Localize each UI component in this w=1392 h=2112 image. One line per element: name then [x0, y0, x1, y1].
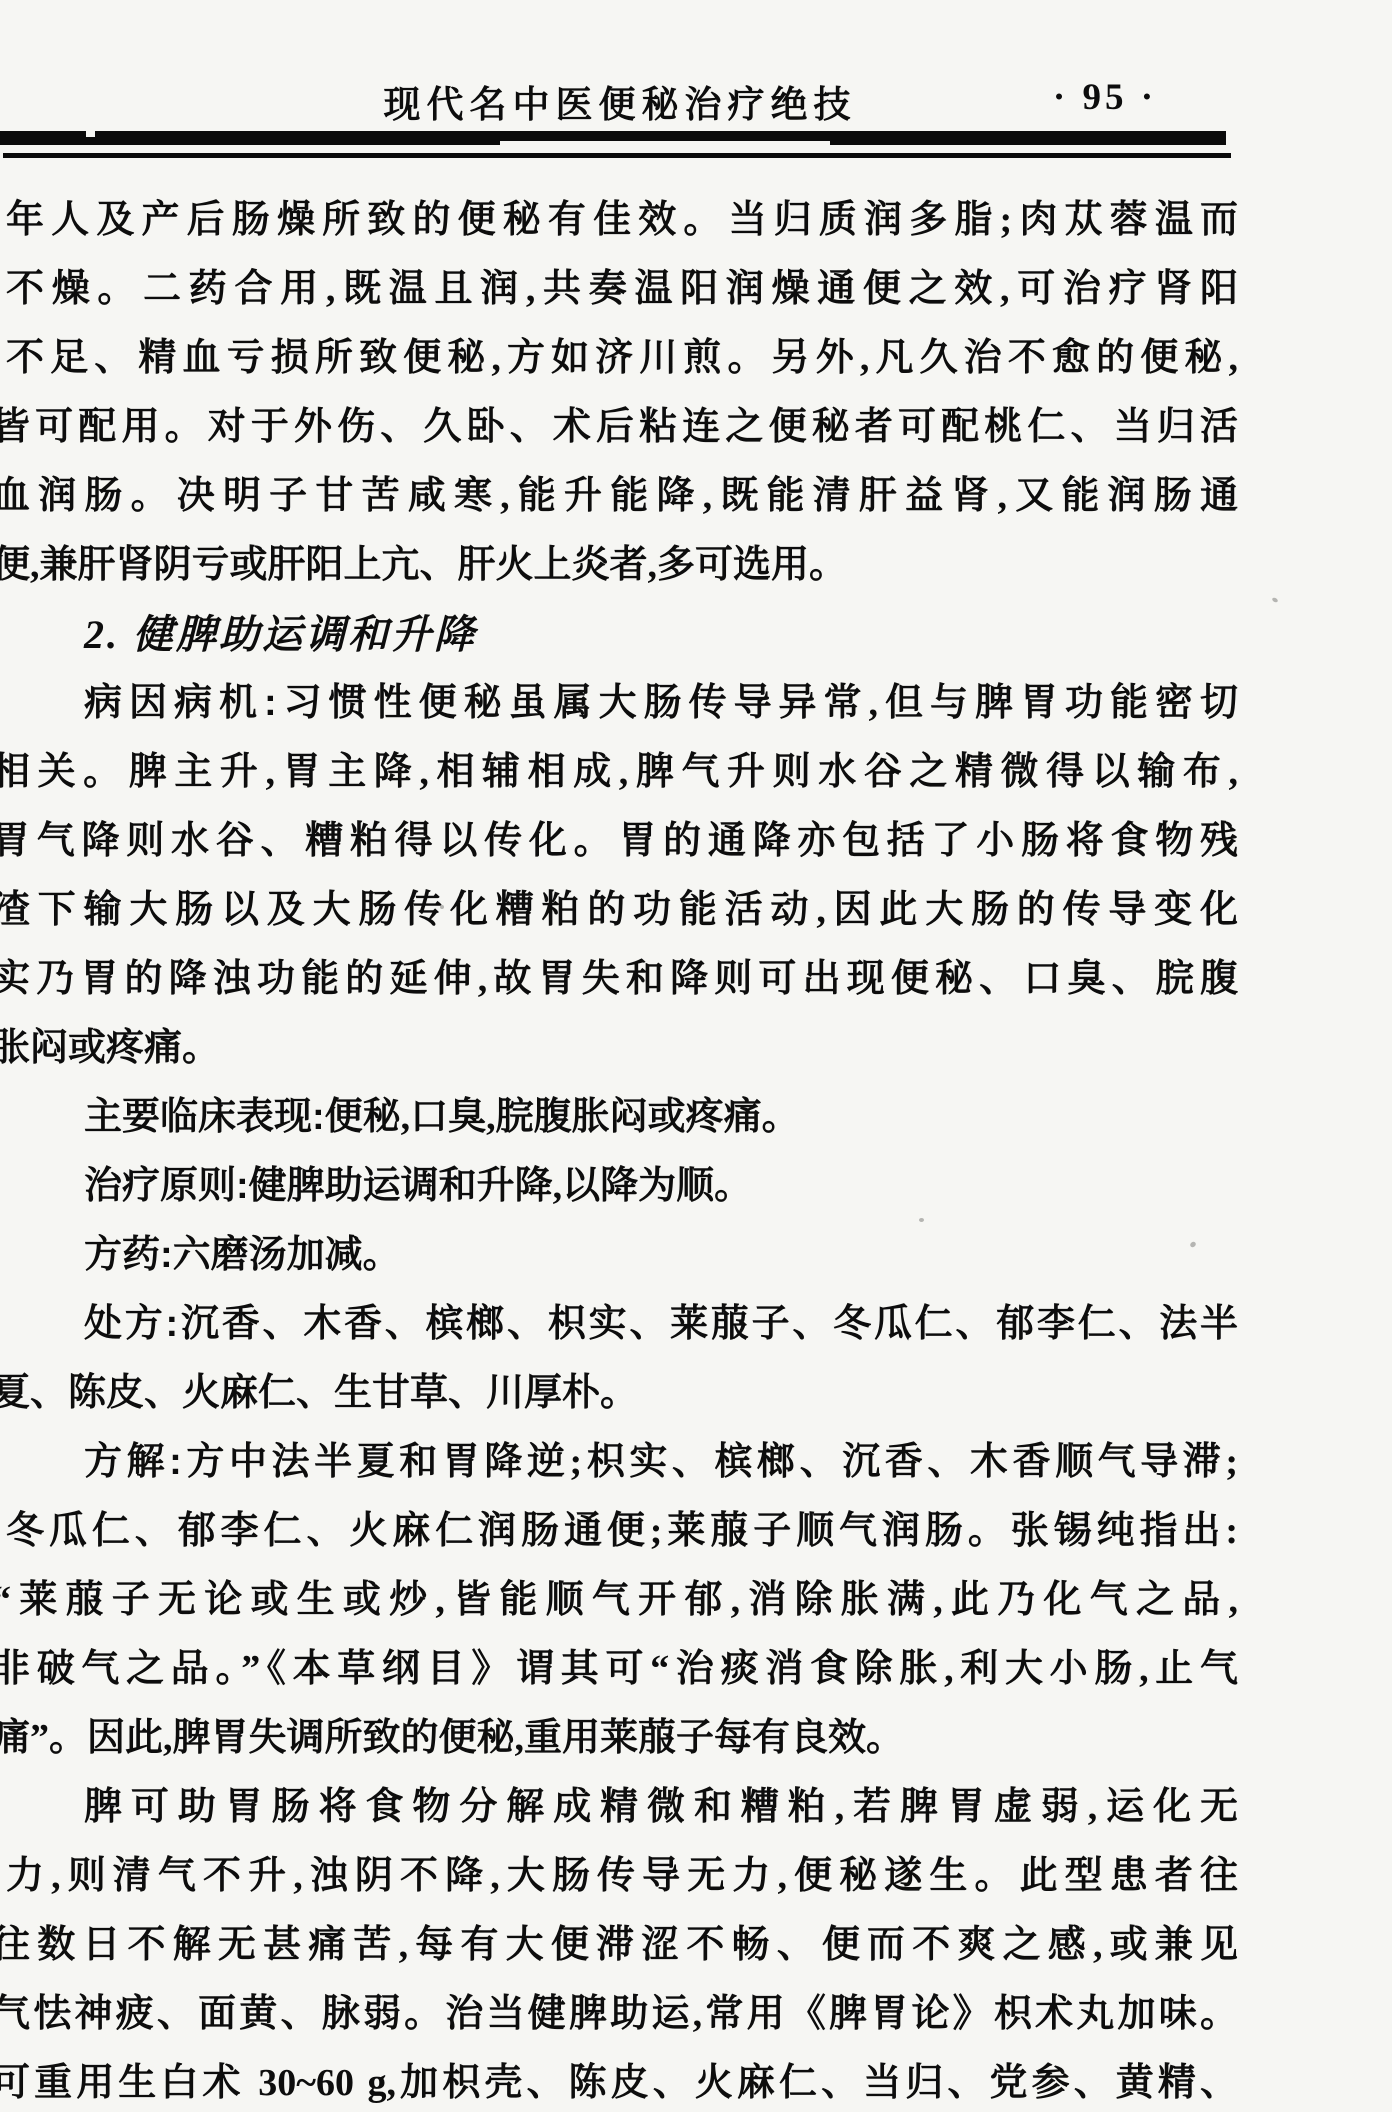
- text-line: 处方:沉香、木香、槟榔、枳实、莱菔子、冬瓜仁、郁李仁、法半: [6, 1290, 1238, 1359]
- field-label: 治疗原则:: [84, 1165, 249, 1207]
- text-line: 治疗原则:健脾助运调和升降,以降为顺。: [6, 1152, 1238, 1221]
- line-text: 非破气之品。”《本草纲目》谓其可“治痰消食除胀,利大小肠,止气: [0, 1648, 1238, 1690]
- text-line: 方解:方中法半夏和胃降逆;枳实、槟榔、沉香、木香顺气导滞;: [6, 1428, 1238, 1497]
- line-text: 胃气降则水谷、糟粕得以传化。胃的通降亦包括了小肠将食物残: [0, 820, 1238, 862]
- text-line: 可重用生白术 30~60 g,加枳壳、陈皮、火麻仁、当归、党参、黄精、: [0, 2049, 1238, 2112]
- section-heading: 2. 健脾助运调和升降: [6, 600, 1238, 669]
- text-line: 主要临床表现:便秘,口臭,脘腹胀闷或疼痛。: [6, 1083, 1238, 1152]
- text-line: 胃气降则水谷、糟粕得以传化。胃的通降亦包括了小肠将食物残: [0, 807, 1238, 876]
- text-line: 病因病机:习惯性便秘虽属大肠传导异常,但与脾胃功能密切: [6, 669, 1238, 738]
- line-text: 方中法半夏和胃降逆;枳实、槟榔、沉香、木香顺气导滞;: [182, 1441, 1238, 1483]
- text-line: 实乃胃的降浊功能的延伸,故胃失和降则可出现便秘、口臭、脘腹: [0, 945, 1238, 1014]
- field-label: 方药:: [84, 1234, 173, 1276]
- text-line: 方药:六磨汤加减。: [6, 1221, 1238, 1290]
- text-line: 不燥。二药合用,既温且润,共奏温阳润燥通便之效,可治疗肾阳: [6, 255, 1238, 324]
- scan-speck: [440, 905, 444, 909]
- text-line: 脾可助胃肠将食物分解成精微和糟粕,若脾胃虚弱,运化无: [6, 1773, 1238, 1842]
- text-line: 便,兼肝肾阴亏或肝阳上亢、肝火上炎者,多可选用。: [0, 531, 1238, 600]
- line-text: “莱菔子无论或生或炒,皆能顺气开郁,消除胀满,此乃化气之品,: [0, 1579, 1238, 1621]
- line-text: 健脾助运调和升降,以降为顺。: [249, 1165, 753, 1207]
- line-text: 六磨汤加减。: [173, 1234, 401, 1276]
- text-line: 夏、陈皮、火麻仁、生甘草、川厚朴。: [0, 1359, 1238, 1428]
- text-line: 渣下输大肠以及大肠传化糟粕的功能活动,因此大肠的传导变化: [0, 876, 1238, 945]
- line-text: 痛”。因此,脾胃失调所致的便秘,重用莱菔子每有良效。: [0, 1717, 904, 1759]
- line-text: 年人及产后肠燥所致的便秘有佳效。当归质润多脂;肉苁蓉温而: [6, 199, 1238, 241]
- text-line: 气怯神疲、面黄、脉弱。治当健脾助运,常用《脾胃论》枳术丸加味。: [0, 1980, 1238, 2049]
- line-text: 沉香、木香、槟榔、枳实、莱菔子、冬瓜仁、郁李仁、法半: [178, 1303, 1238, 1345]
- scan-notch: [500, 141, 830, 145]
- scan-speck: [1271, 597, 1278, 603]
- line-text: 血润肠。决明子甘苦咸寒,能升能降,既能清肝益肾,又能润肠通: [0, 475, 1238, 517]
- body-text: 年人及产后肠燥所致的便秘有佳效。当归质润多脂;肉苁蓉温而不燥。二药合用,既温且润…: [6, 186, 1238, 2112]
- text-line: 皆可配用。对于外伤、久卧、术后粘连之便秘者可配桃仁、当归活: [0, 393, 1238, 462]
- line-text: 实乃胃的降浊功能的延伸,故胃失和降则可出现便秘、口臭、脘腹: [0, 958, 1238, 1000]
- text-line: 不足、精血亏损所致便秘,方如济川煎。另外,凡久治不愈的便秘,: [6, 324, 1238, 393]
- line-text: 便,兼肝肾阴亏或肝阳上亢、肝火上炎者,多可选用。: [0, 544, 847, 586]
- line-text: 便秘,口臭,脘腹胀闷或疼痛。: [325, 1096, 800, 1138]
- scan-notch: [86, 131, 95, 137]
- text-line: 痛”。因此,脾胃失调所致的便秘,重用莱菔子每有良效。: [0, 1704, 1238, 1773]
- line-text: 皆可配用。对于外伤、久卧、术后粘连之便秘者可配桃仁、当归活: [0, 406, 1238, 448]
- field-label: 方解:: [84, 1441, 182, 1483]
- line-text: 渣下输大肠以及大肠传化糟粕的功能活动,因此大肠的传导变化: [0, 889, 1238, 931]
- line-text: 不燥。二药合用,既温且润,共奏温阳润燥通便之效,可治疗肾阳: [6, 268, 1238, 310]
- line-text: 胀闷或疼痛。: [0, 1027, 220, 1069]
- line-text: 冬瓜仁、郁李仁、火麻仁润肠通便;莱菔子顺气润肠。张锡纯指出:: [6, 1510, 1238, 1552]
- line-text: 习惯性便秘虽属大肠传导异常,但与脾胃功能密切: [277, 682, 1238, 724]
- field-label: 处方:: [84, 1303, 178, 1345]
- text-line: 年人及产后肠燥所致的便秘有佳效。当归质润多脂;肉苁蓉温而: [6, 186, 1238, 255]
- line-text: 2. 健脾助运调和升降: [84, 612, 477, 657]
- text-line: 血润肠。决明子甘苦咸寒,能升能降,既能清肝益肾,又能润肠通: [0, 462, 1238, 531]
- header-rule-thin: [3, 153, 1231, 158]
- line-text: 脾可助胃肠将食物分解成精微和糟粕,若脾胃虚弱,运化无: [84, 1786, 1238, 1828]
- text-line: “莱菔子无论或生或炒,皆能顺气开郁,消除胀满,此乃化气之品,: [0, 1566, 1238, 1635]
- line-text: 相关。脾主升,胃主降,相辅相成,脾气升则水谷之精微得以输布,: [0, 751, 1238, 793]
- scan-speck: [919, 1218, 924, 1222]
- field-label: 主要临床表现:: [84, 1096, 325, 1138]
- text-line: 相关。脾主升,胃主降,相辅相成,脾气升则水谷之精微得以输布,: [0, 738, 1238, 807]
- line-text: 往数日不解无甚痛苦,每有大便滞涩不畅、便而不爽之感,或兼见: [0, 1924, 1238, 1966]
- line-text: 气怯神疲、面黄、脉弱。治当健脾助运,常用《脾胃论》枳术丸加味。: [0, 1993, 1238, 2035]
- text-line: 冬瓜仁、郁李仁、火麻仁润肠通便;莱菔子顺气润肠。张锡纯指出:: [6, 1497, 1238, 1566]
- header-rule-thick: [0, 131, 1226, 145]
- text-line: 力,则清气不升,浊阴不降,大肠传导无力,便秘遂生。此型患者往: [6, 1842, 1238, 1911]
- line-text: 不足、精血亏损所致便秘,方如济川煎。另外,凡久治不愈的便秘,: [6, 337, 1238, 379]
- field-label: 病因病机:: [84, 682, 277, 724]
- line-text: 夏、陈皮、火麻仁、生甘草、川厚朴。: [0, 1372, 638, 1414]
- book-page: 现代名中医便秘治疗绝技 · 95 · 年人及产后肠燥所致的便秘有佳效。当归质润多…: [0, 0, 1392, 2112]
- line-text: 可重用生白术 30~60 g,加枳壳、陈皮、火麻仁、当归、党参、黄精、: [0, 2062, 1238, 2104]
- page-number: · 95 ·: [1010, 76, 1200, 119]
- line-text: 力,则清气不升,浊阴不降,大肠传导无力,便秘遂生。此型患者往: [6, 1855, 1238, 1897]
- text-line: 往数日不解无甚痛苦,每有大便滞涩不畅、便而不爽之感,或兼见: [0, 1911, 1238, 1980]
- text-line: 非破气之品。”《本草纲目》谓其可“治痰消食除胀,利大小肠,止气: [0, 1635, 1238, 1704]
- text-line: 胀闷或疼痛。: [0, 1014, 1238, 1083]
